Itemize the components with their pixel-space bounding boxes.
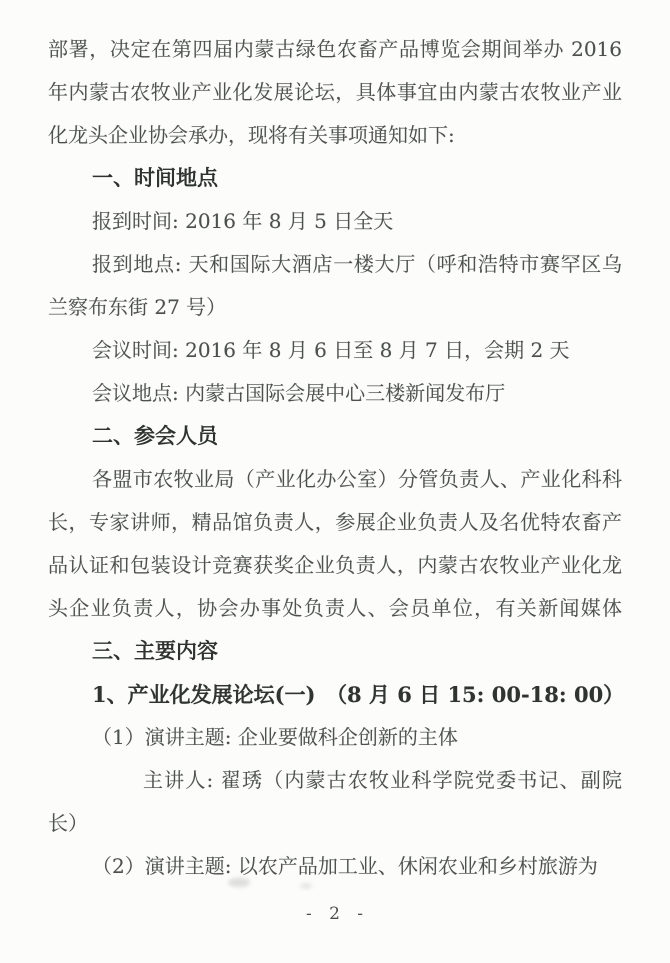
section-heading: 三、主要内容 (48, 630, 622, 673)
paragraph-line: 报到时间: 2016 年 8 月 5 日全天 (48, 200, 622, 243)
section-heading: 一、时间地点 (48, 157, 622, 200)
paragraph-line: （1）演讲主题: 企业要做科企创新的主体 (48, 716, 622, 759)
section-heading: 二、参会人员 (48, 415, 622, 458)
paragraph-line: 主讲人: 翟琇（内蒙古农牧业科学院党委书记、副院 (48, 759, 622, 802)
paragraph-line: 年内蒙古农牧业产业化发展论坛，具体事宜由内蒙古农牧业产业 (48, 71, 622, 114)
paragraph-line: 头企业负责人，协会办事处负责人、会员单位，有关新闻媒体 (48, 587, 622, 630)
paragraph-line: （2）演讲主题: 以农产品加工业、休闲农业和乡村旅游为 (48, 845, 622, 888)
paragraph-line: 部署，决定在第四届内蒙古绿色农畜产品博览会期间举办 2016 (48, 28, 622, 71)
paragraph-line: 各盟市农牧业局（产业化办公室）分管负责人、产业化科科 (48, 458, 622, 501)
scan-smudge (228, 878, 250, 887)
paragraph-line: 会议时间: 2016 年 8 月 6 日至 8 月 7 日，会期 2 天 (48, 329, 622, 372)
paragraph-line: 品认证和包装设计竞赛获奖企业负责人，内蒙古农牧业产业化龙 (48, 544, 622, 587)
paragraph-line: 报到地点: 天和国际大酒店一楼大厅（呼和浩特市赛罕区乌 (48, 243, 622, 286)
paragraph-line: 会议地点: 内蒙古国际会展中心三楼新闻发布厅 (48, 372, 622, 415)
paragraph-line: 兰察布东街 27 号） (48, 286, 622, 329)
paragraph-line: 长，专家讲师，精品馆负责人，参展企业负责人及名优特农畜产 (48, 501, 622, 544)
paragraph-line: 长） (48, 802, 622, 845)
scan-smudge (300, 883, 312, 889)
page-number: - 2 - (0, 903, 670, 925)
subsection-heading: 1、产业化发展论坛(一) （8 月 6 日 15: 00-18: 00） (48, 673, 622, 716)
document-body: 部署，决定在第四届内蒙古绿色农畜产品博览会期间举办 2016 年内蒙古农牧业产业… (48, 28, 622, 888)
paragraph-line: 化龙头企业协会承办，现将有关事项通知如下: (48, 114, 622, 157)
scanned-document-page: 部署，决定在第四届内蒙古绿色农畜产品博览会期间举办 2016 年内蒙古农牧业产业… (0, 0, 670, 963)
